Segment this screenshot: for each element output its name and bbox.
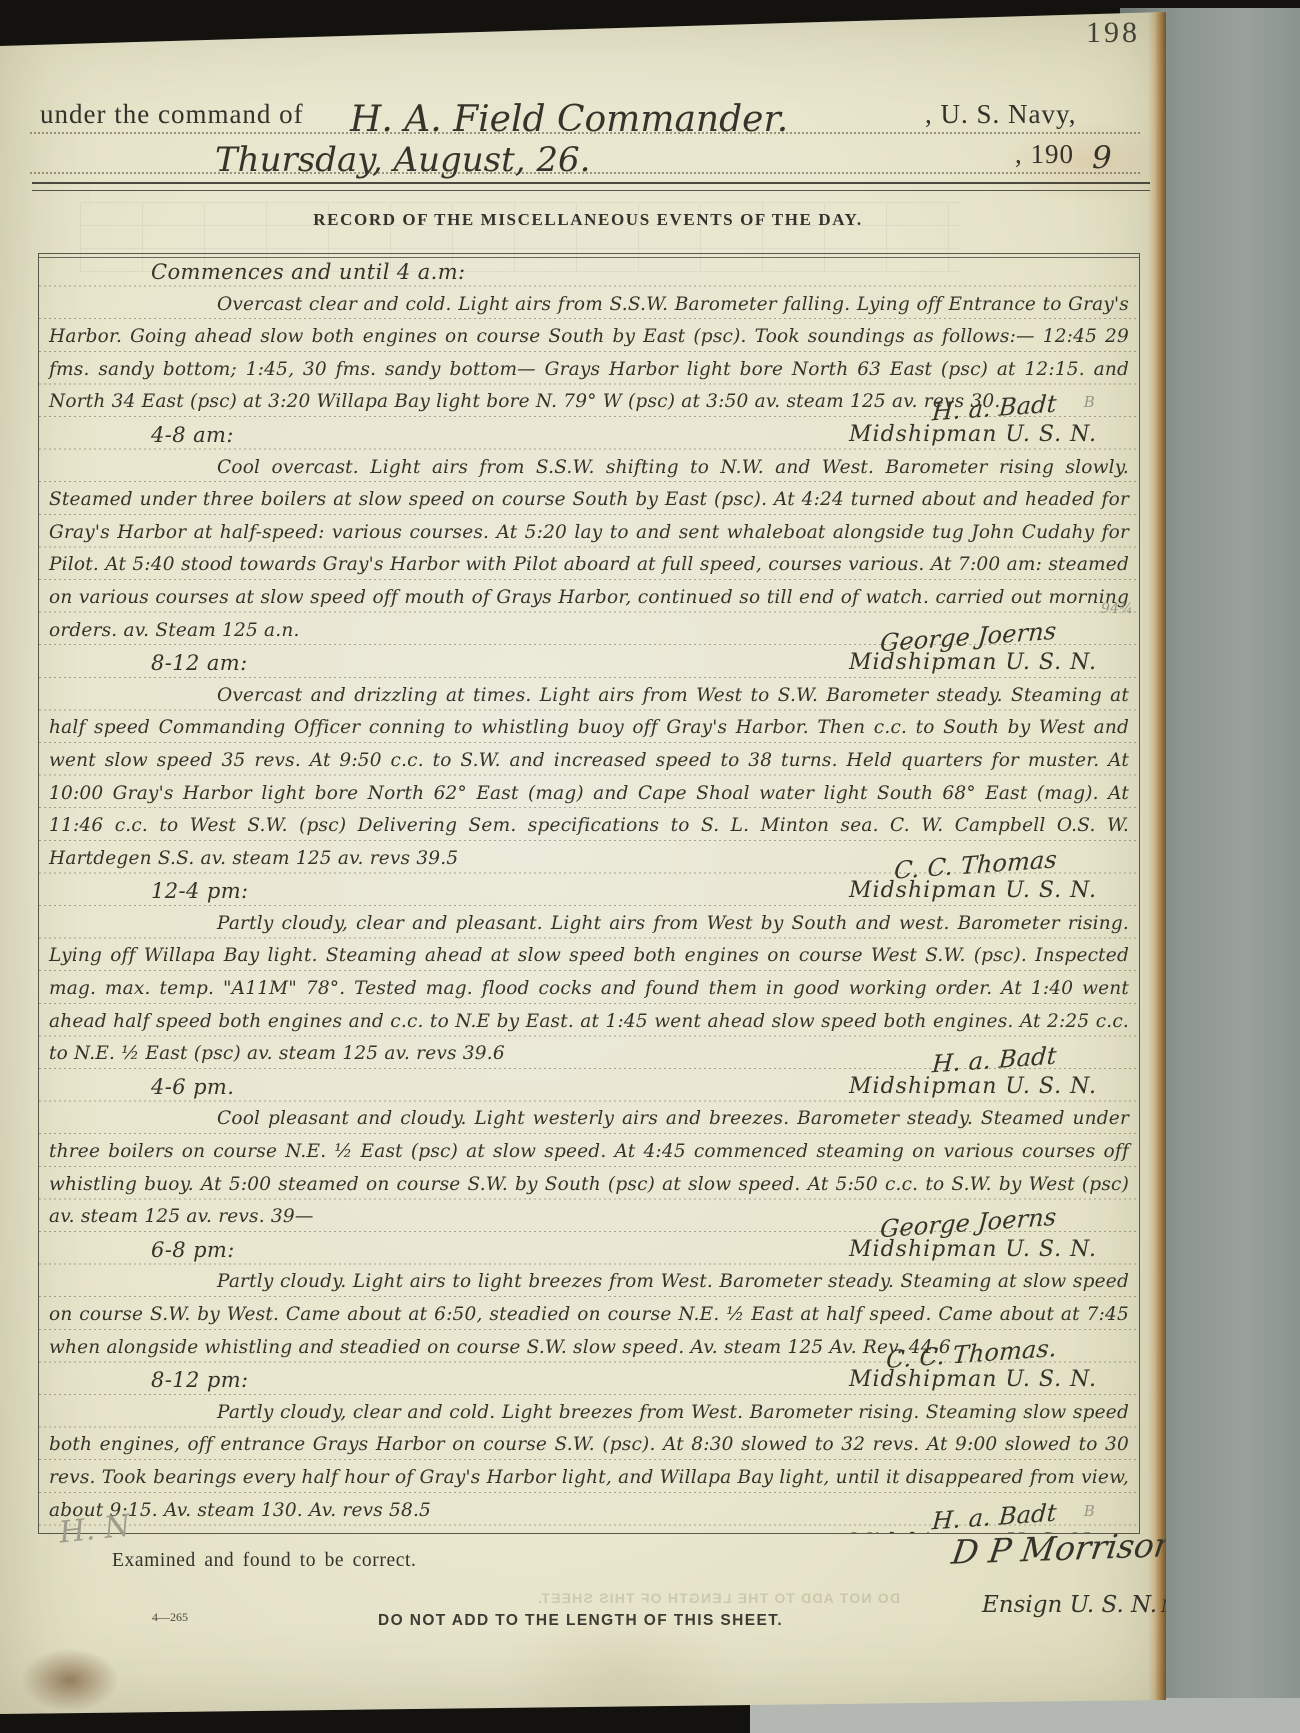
command-prefix-label: under the command of (40, 99, 304, 130)
watch-period-label: 6-8 pm: (151, 1238, 235, 1262)
do-not-add-note: DO NOT ADD TO THE LENGTH OF THIS SHEET. (378, 1612, 783, 1630)
signer-rank: Midshipman U. S. N. (849, 1234, 1097, 1267)
logbook-photo: { "colors": { "paper": "#e8e6cd", "ink":… (0, 0, 1300, 1733)
signer-rank: Midshipman U. S. N. (849, 647, 1097, 680)
ghost-showthrough-text: DO NOT ADD TO THE LENGTH OF THIS SHEET. (340, 1590, 900, 1606)
double-rule-divider (32, 182, 1150, 191)
signer-rank: Midshipman U. S. N. (849, 419, 1097, 452)
date-handwritten: Thursday, August, 26. (215, 140, 590, 180)
entry-header: 8-12 pm:Midshipman U. S. N. (39, 1364, 1139, 1397)
watch-period-label: 12-4 pm: (151, 879, 249, 903)
entry-header: 4-8 am:Midshipman U. S. N. (39, 419, 1139, 452)
log-entry-text: Cool pleasant and cloudy. Light westerly… (49, 1103, 1129, 1233)
pencil-annotation: 94¾ (1101, 593, 1133, 626)
record-box: Commences and until 4 a.m:Overcast clear… (38, 253, 1140, 1534)
pencil-annotation: B (1084, 386, 1095, 419)
navigator-rank-handwritten: Ensign U. S. N. (982, 1592, 1157, 1618)
entry-header: 8-12 am:Midshipman U. S. N. (39, 647, 1139, 680)
signer-rank: Midshipman U. S. N. (849, 1071, 1097, 1104)
log-entry-text: Partly cloudy, clear and cold. Light bre… (49, 1397, 1129, 1527)
signer-rank: Midshipman U. S. N. (849, 875, 1097, 908)
year-digit-handwritten: 9 (1092, 140, 1112, 176)
examined-note: Examined and found to be correct. (112, 1550, 416, 1572)
log-entry-text: Overcast and drizzling at times. Light a… (49, 680, 1129, 876)
logbook-page: 198 under the command of H. A. Field Com… (0, 12, 1166, 1714)
log-entry-text: Cool overcast. Light airs from S.S.W. sh… (49, 452, 1129, 648)
watch-period-label: 4-6 pm. (151, 1075, 234, 1099)
form-number: 4—265 (152, 1610, 188, 1625)
log-entry-text: Overcast clear and cold. Light airs from… (49, 289, 1129, 419)
entry-header: Commences and until 4 a.m: (39, 256, 1139, 289)
date-line: Thursday, August, 26. , 190 9 (30, 132, 1140, 174)
record-section-title: RECORD OF THE MISCELLANEOUS EVENTS OF TH… (38, 210, 1138, 230)
entry-header: 6-8 pm:Midshipman U. S. N. (39, 1234, 1139, 1267)
watch-period-label: 8-12 pm: (151, 1368, 249, 1392)
entry-header: 12-4 pm:Midshipman U. S. N. (39, 875, 1139, 908)
log-entry-text: Partly cloudy. Light airs to light breez… (49, 1266, 1129, 1364)
page-stack-edge (1148, 12, 1166, 1714)
watch-period-label: 8-12 am: (151, 651, 248, 675)
year-printed-label: , 190 (1015, 139, 1074, 170)
watch-period-label: 4-8 am: (151, 423, 234, 447)
page-number: 198 (1086, 16, 1140, 50)
log-entry-text: Partly cloudy, clear and pleasant. Light… (49, 908, 1129, 1071)
watch-period-label: Commences and until 4 a.m: (151, 260, 466, 284)
pencil-initials: H. N (57, 1508, 132, 1550)
command-line: under the command of H. A. Field Command… (30, 76, 1140, 134)
pencil-annotation: B (1084, 1495, 1095, 1528)
signer-rank: Midshipman U. S. N. (849, 1364, 1097, 1397)
entry-header: 4-6 pm.Midshipman U. S. N. (39, 1071, 1139, 1104)
command-suffix-label: , U. S. Navy, (925, 99, 1077, 130)
log-entries: Commences and until 4 a.m:Overcast clear… (39, 254, 1139, 1533)
